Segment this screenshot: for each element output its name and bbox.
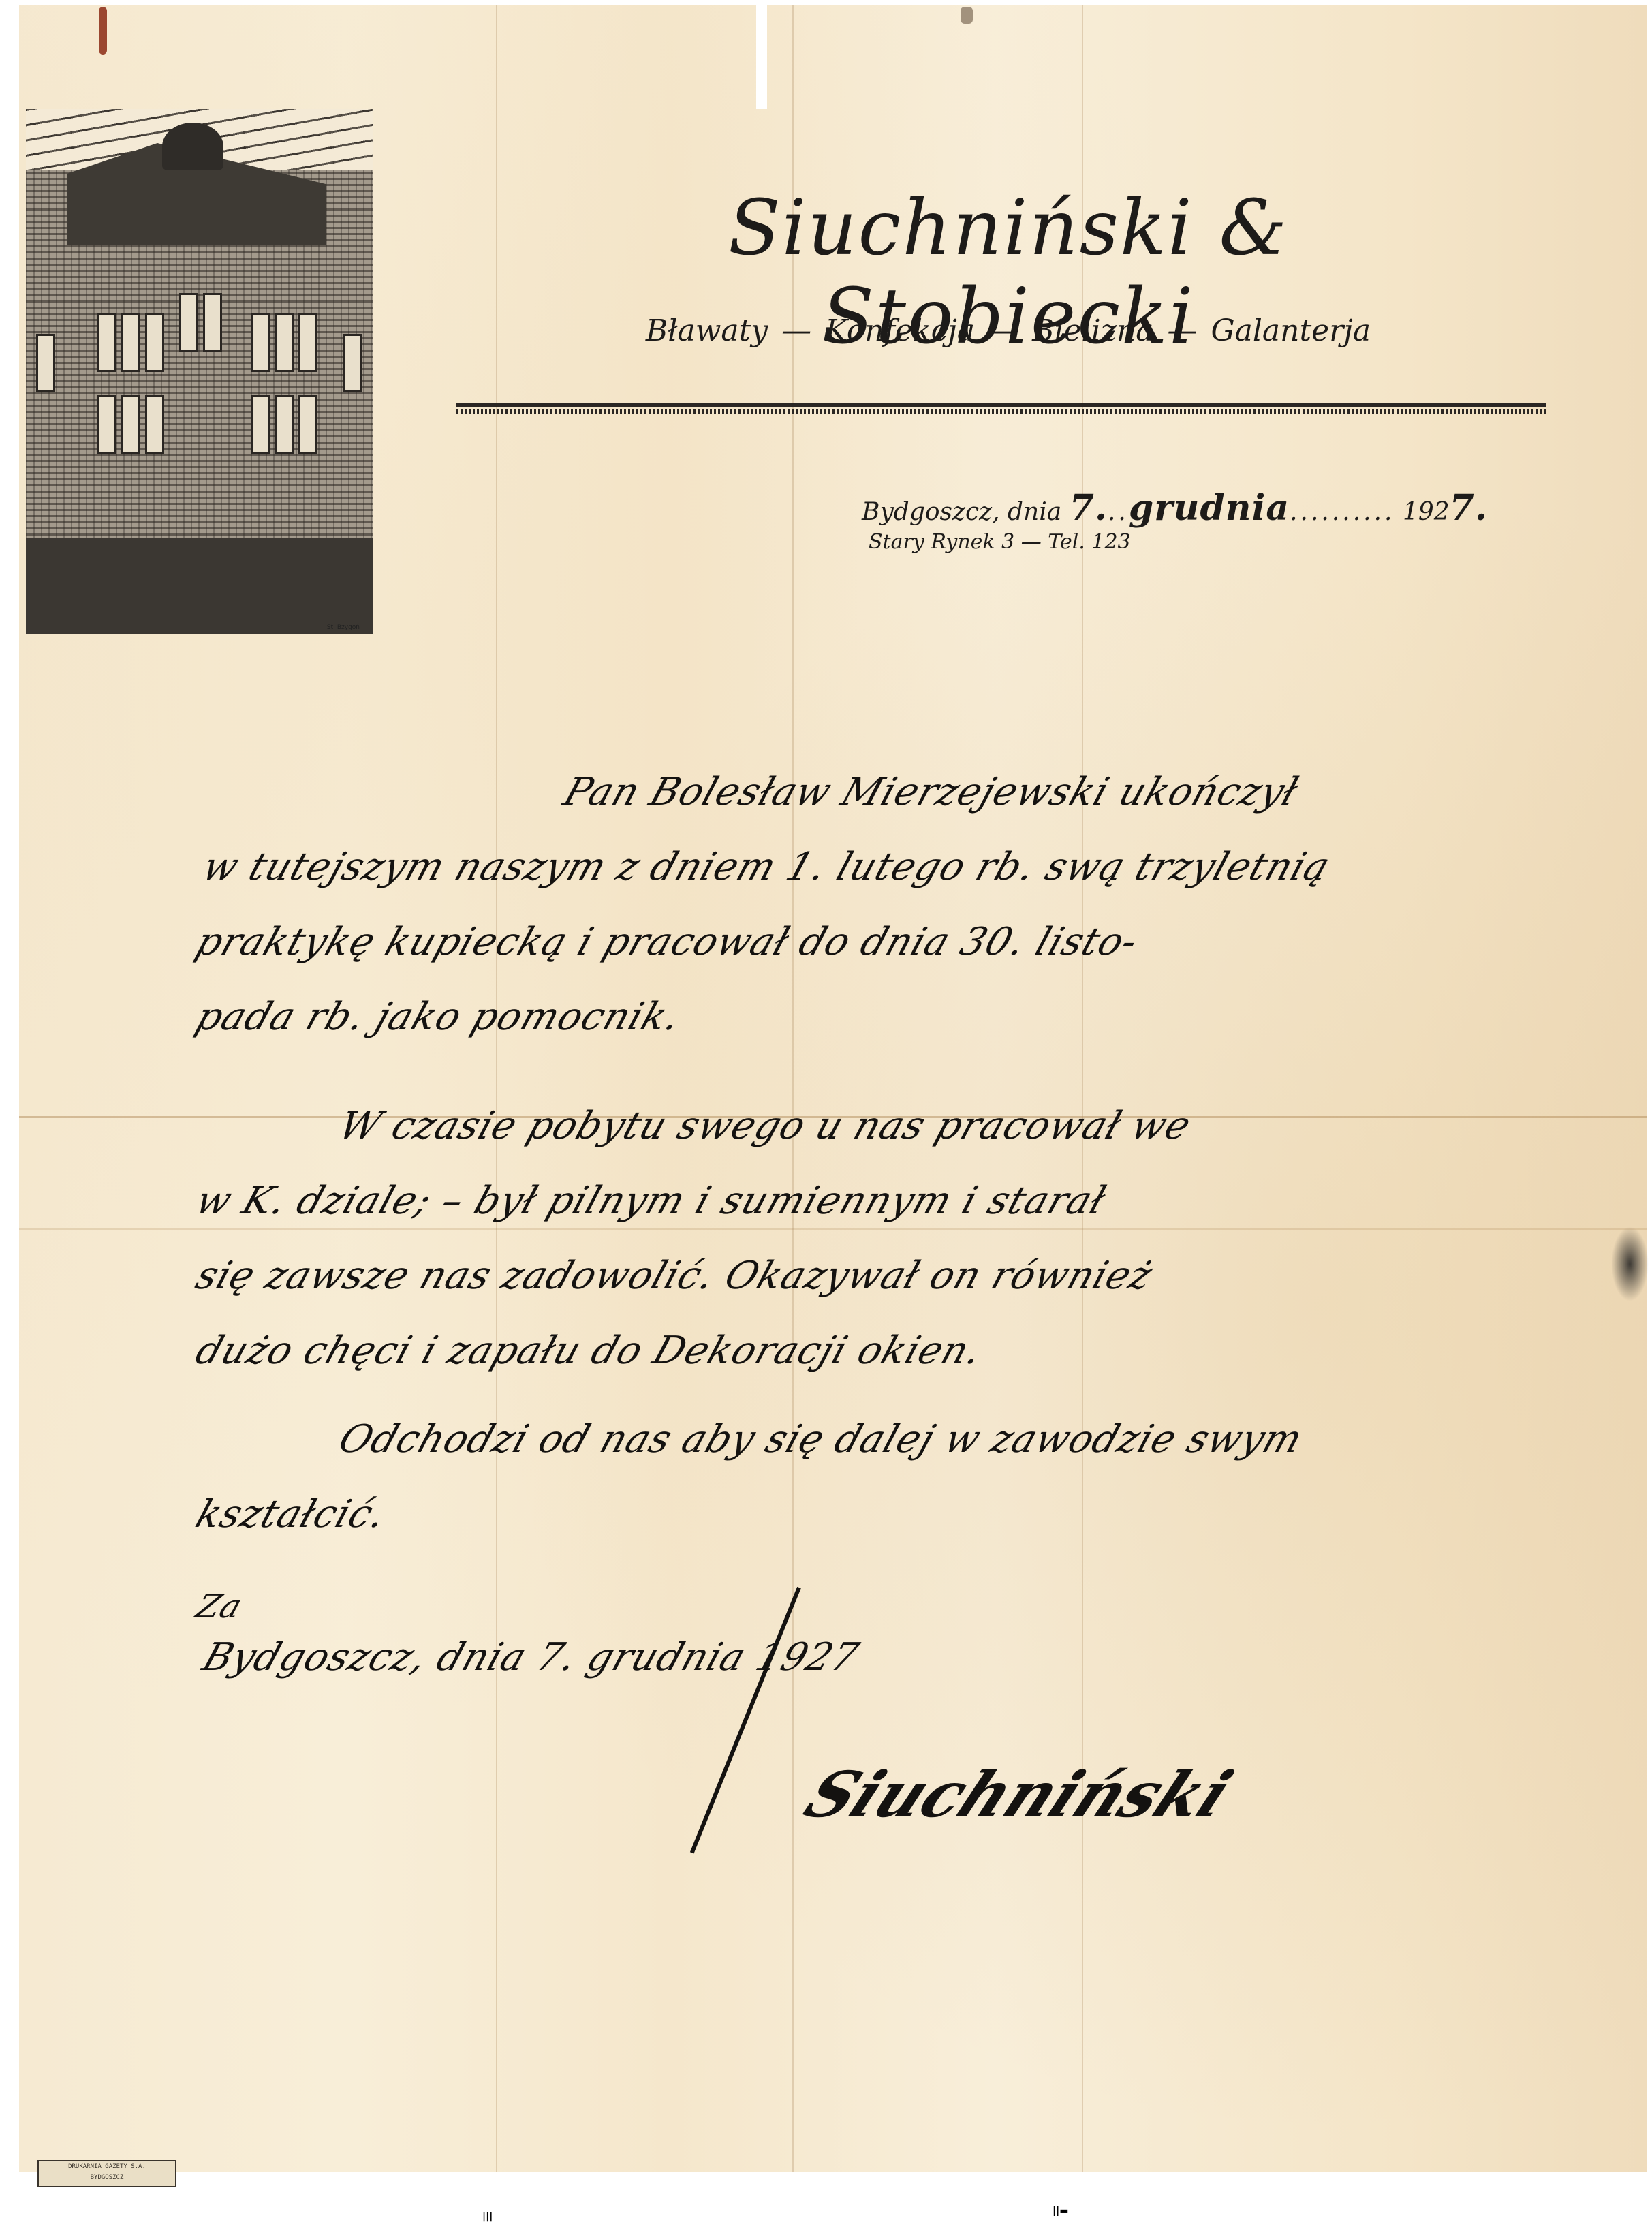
place-date-line: Bydgoszcz, dnia 7...grudnia.......... 19… (862, 487, 1488, 529)
company-address: Stary Rynek 3 — Tel. 123 (869, 530, 1131, 554)
date-day: 7. (1070, 487, 1108, 529)
letterhead-divider-dotted (456, 409, 1546, 414)
vertical-fold-crease (496, 5, 497, 2172)
place-label: Bydgoszcz, dnia (862, 498, 1061, 526)
letter-line: praktykę kupiecką i pracował do dnia 30.… (190, 920, 1143, 964)
department-item: Konfekcja (825, 313, 975, 348)
letter-greeting: Pan Bolesław Mierzejewski ukończył (558, 770, 1304, 814)
letterhead-divider (456, 403, 1546, 407)
date-year-digit: 7. (1450, 487, 1488, 529)
grey-stain (961, 7, 973, 24)
red-ink-stain (99, 7, 107, 55)
department-item: Galanterja (1211, 313, 1371, 348)
scan-mark: ||▬ (1053, 2205, 1068, 2216)
scan-mark: ||| (482, 2211, 493, 2222)
date-year-prefix: 192 (1403, 498, 1450, 526)
letter-line: się zawsze nas zadowolić. Okazywał on ró… (190, 1254, 1158, 1298)
engraving-caption: St. Bzygoń (327, 624, 360, 631)
date-month: grudnia (1129, 487, 1290, 529)
engraving-dome (162, 123, 223, 170)
department-list: Bławaty — Konfekcja — Bielizna — Galante… (559, 313, 1458, 348)
letter-line: pada rb. jako pomocnik. (190, 995, 686, 1039)
department-item: Bławaty (646, 313, 768, 348)
engraving-storefront (26, 538, 373, 634)
building-engraving: St. Bzygoń (26, 109, 373, 634)
letter-line: W czasie pobytu swego u nas pracował we (333, 1104, 1196, 1148)
ink-blot (1611, 1226, 1649, 1301)
paper-tear-gap (756, 0, 767, 109)
department-item: Bielizna (1032, 313, 1153, 348)
signature: Siuchniński (794, 1758, 1244, 1831)
letter-line: w tutejszym naszym z dniem 1. lutego rb.… (197, 845, 1335, 889)
letter-line: dużo chęci i zapału do Dekoracji okien. (190, 1329, 988, 1373)
printer-mark: DRUKARNIA GAZETY S.A. BYDGOSZCZ (37, 2160, 176, 2187)
letter-line: kształcić. (190, 1492, 392, 1536)
letter-line: w K. dziale; – był pilnym i sumiennym i … (190, 1179, 1111, 1223)
letter-line: Odchodzi od nas aby się dalej w zawodzie… (333, 1417, 1308, 1461)
horizontal-fold-crease (19, 1228, 1647, 1230)
